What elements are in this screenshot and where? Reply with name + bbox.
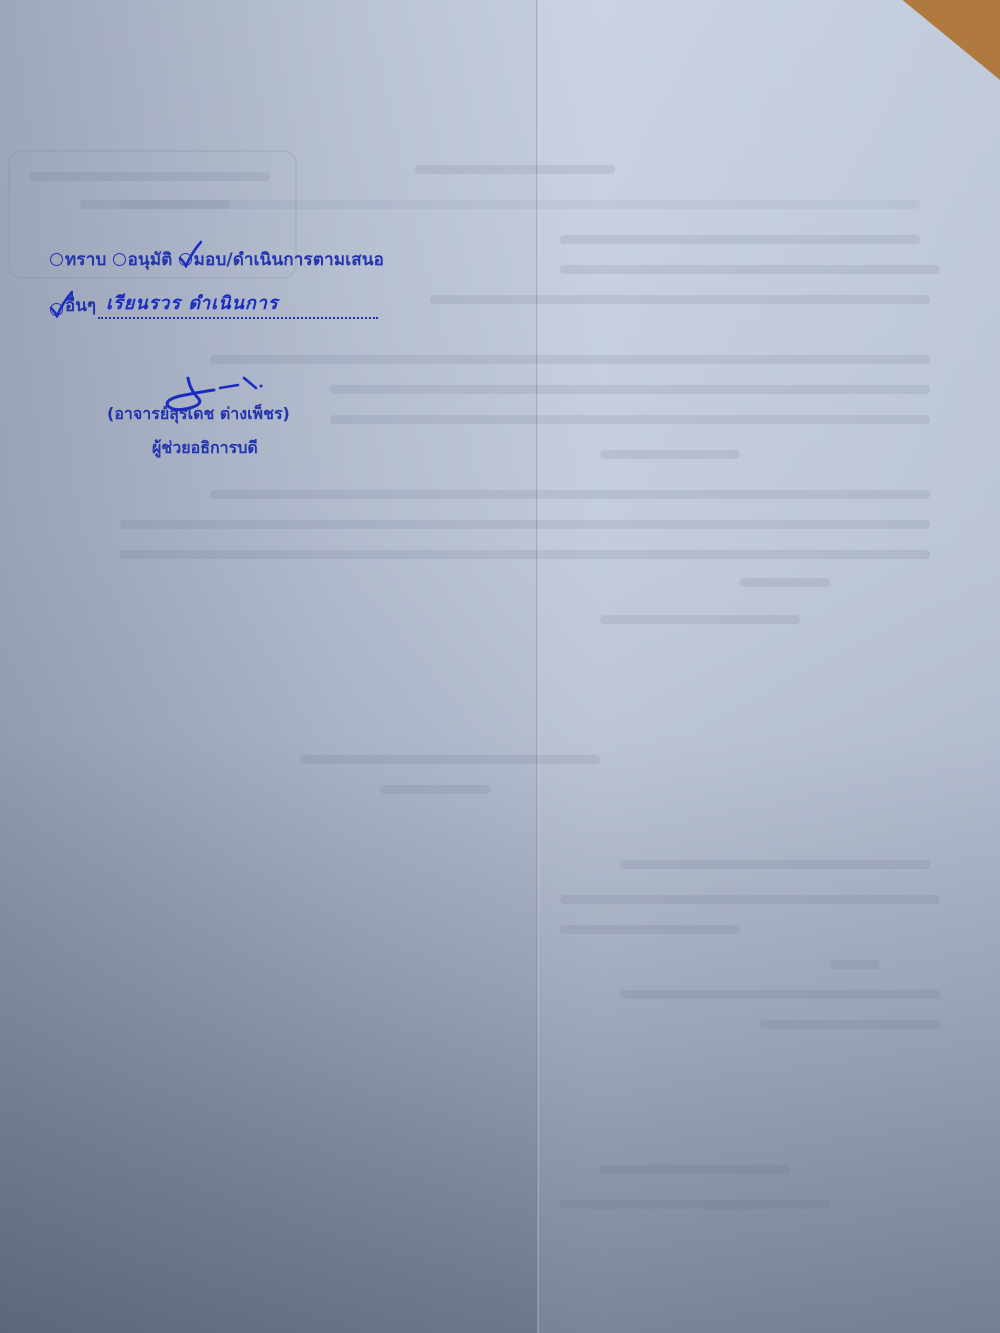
stamp-other-row: อื่นๆ เรียนรวร ดำเนินการ [50, 292, 378, 319]
option-label: อนุมัติ [128, 246, 173, 273]
signer-title: ผู้ช่วยอธิการบดี [152, 436, 258, 461]
unchecked-circle-icon [50, 253, 63, 266]
handwritten-note: เรียนรวร ดำเนินการ [106, 288, 279, 317]
stamp-option-acknowledge: ทราบ [50, 246, 106, 273]
stamp-option-assign: มอบ/ดำเนินการตามเสนอ [179, 246, 384, 273]
other-note-line: เรียนรวร ดำเนินการ [98, 301, 378, 319]
checked-circle-icon [50, 303, 63, 316]
stamp-options-row: ทราบ อนุมัติ มอบ/ดำเนินการตามเสนอ [50, 246, 384, 273]
checked-circle-icon [179, 253, 192, 266]
unchecked-circle-icon [113, 253, 126, 266]
stamp-option-approve: อนุมัติ [113, 246, 173, 273]
checkmark-icon [49, 290, 73, 318]
option-label: ทราบ [65, 246, 106, 273]
signer-name: (อาจารย์สุรเดช ต่างเพ็ชร) [107, 402, 290, 427]
option-label: มอบ/ดำเนินการตามเสนอ [194, 246, 384, 273]
checkmark-icon [178, 240, 202, 268]
